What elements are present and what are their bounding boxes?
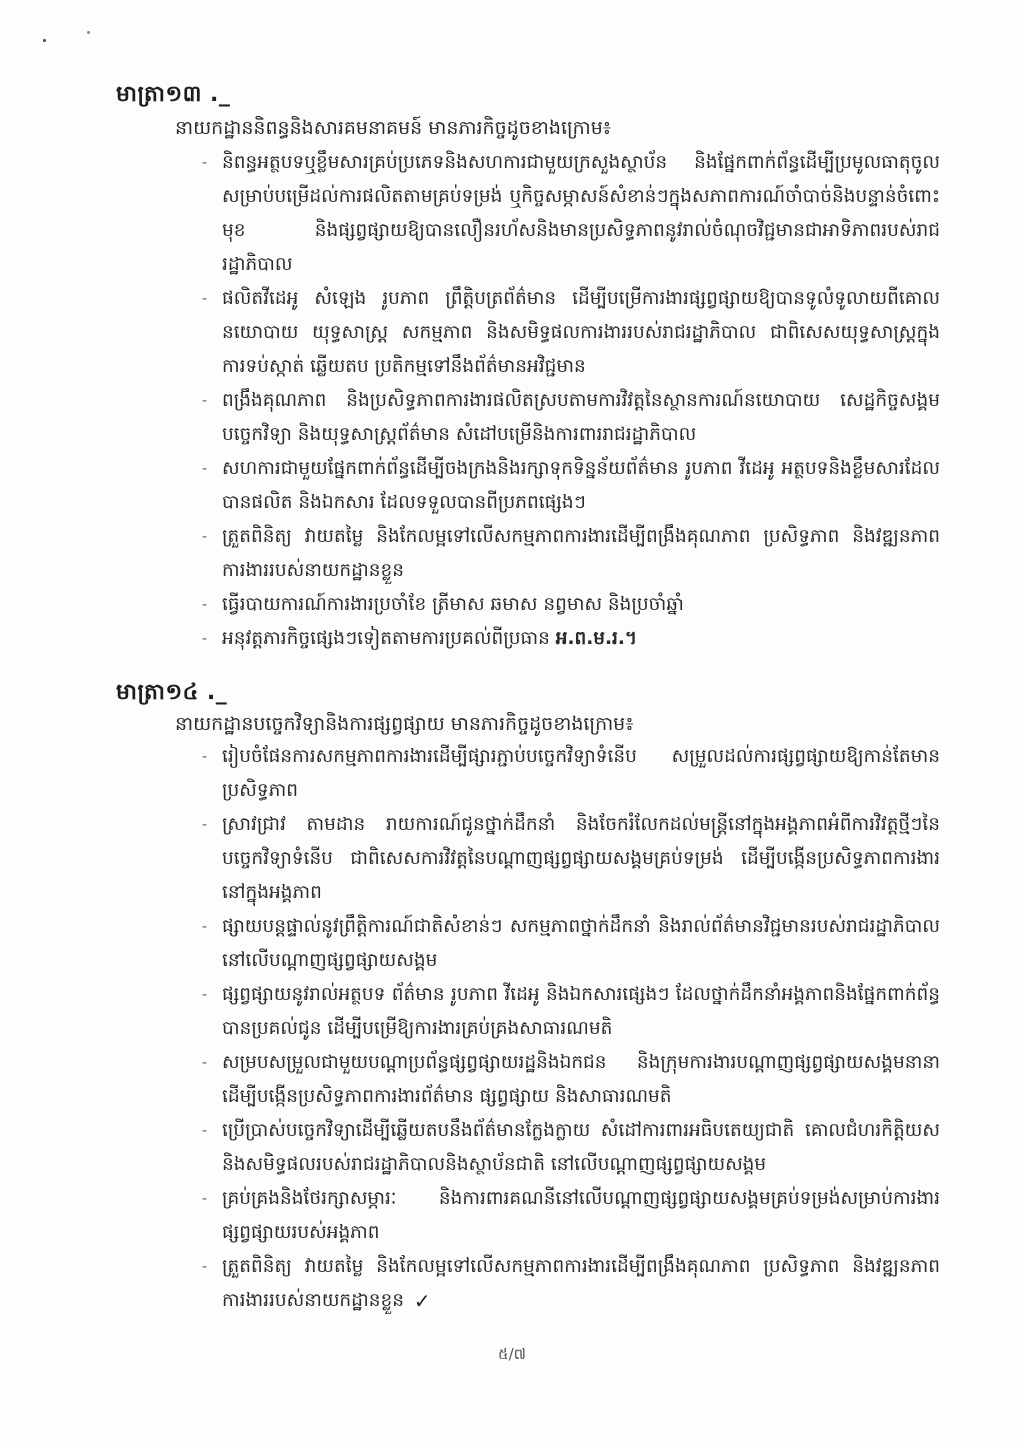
list-item: - ធ្វើរបាយការណ៍ការងារប្រចាំខែ ត្រីមាស ឆម… — [200, 588, 940, 622]
page-number: ៥/៧ — [0, 1345, 1024, 1367]
list-item-text: គ្រប់គ្រងនិងថែរក្សាសម្ភារៈ និងការពារគណនី… — [222, 1188, 940, 1243]
bullet-dash: - — [202, 910, 207, 944]
list-item-text: រៀបចំផែនការសកម្មភាពការងារដើម្បីផ្សារភ្ជា… — [222, 746, 940, 801]
duty-list: - រៀបចំផែនការសកម្មភាពការងារដើម្បីផ្សារភ្… — [200, 740, 940, 1318]
list-item-text: ផ្សាយបន្តផ្ទាល់នូវព្រឹត្តិការណ៍ជាតិសំខាន… — [222, 916, 940, 971]
bullet-dash: - — [202, 622, 207, 656]
list-item: - ប្រើប្រាស់បច្ចេកវិទ្យាដើម្បីឆ្លើយតបនឹង… — [200, 1114, 940, 1182]
list-item-text: និពន្ធអត្ថបទឬខ្លឹមសារគ្រប់ប្រភេទនិងសហការ… — [222, 152, 940, 275]
bullet-dash: - — [202, 808, 207, 842]
bullet-dash: - — [202, 146, 207, 180]
list-item-text: ត្រួតពិនិត្យ វាយតម្លៃ និងកែលម្អទៅលើសកម្ម… — [222, 526, 940, 581]
document-page: មាត្រា១៣ ._ នាយកដ្ឋាននិពន្ធនិងសារគមនាគមន… — [0, 0, 1024, 1446]
list-item-text: សហការជាមួយផ្នែកពាក់ព័ន្ធដើម្បីចងក្រងនិងរ… — [222, 458, 940, 513]
list-item-text: ប្រើប្រាស់បច្ចេកវិទ្យាដើម្បីឆ្លើយតបនឹងព័… — [222, 1120, 940, 1175]
list-item: - ត្រួតពិនិត្យ វាយតម្លៃ និងកែលម្អទៅលើសកម… — [200, 1250, 940, 1318]
article-heading: មាត្រា១៤ ._ — [116, 678, 227, 710]
bullet-dash: - — [202, 282, 207, 316]
list-item-text: ធ្វើរបាយការណ៍ការងារប្រចាំខែ ត្រីមាស ឆមាស… — [222, 594, 684, 615]
list-item: - គ្រប់គ្រងនិងថែរក្សាសម្ភារៈ និងការពារគណ… — [200, 1182, 940, 1250]
list-item-text: ពង្រឹងគុណភាព និងប្រសិទ្ធភាពការងារផលិតស្រ… — [222, 390, 940, 445]
list-item: - រៀបចំផែនការសកម្មភាពការងារដើម្បីផ្សារភ្… — [200, 740, 940, 808]
abbreviation: អ.ព.ម.រ.។ — [556, 628, 637, 649]
article-heading: មាត្រា១៣ ._ — [116, 80, 230, 112]
list-item-text: ត្រួតពិនិត្យ វាយតម្លៃ និងកែលម្អទៅលើសកម្ម… — [222, 1256, 940, 1311]
list-item: - និពន្ធអត្ថបទឬខ្លឹមសារគ្រប់ប្រភេទនិងសហក… — [200, 146, 940, 282]
scan-speck — [87, 31, 90, 34]
bullet-dash: - — [202, 740, 207, 774]
handwritten-check-icon: ✓ — [414, 1284, 431, 1318]
bullet-dash: - — [202, 1114, 207, 1148]
bullet-dash: - — [202, 1182, 207, 1216]
bullet-dash: - — [202, 520, 207, 554]
list-item: - ពង្រឹងគុណភាព និងប្រសិទ្ធភាពការងារផលិតស… — [200, 384, 940, 452]
article-intro: នាយកដ្ឋាននិពន្ធនិងសារគមនាគមន៍ មានភារកិច្… — [175, 116, 611, 144]
list-item: - សម្របសម្រួលជាមួយបណ្ដាប្រព័ន្ធផ្សព្វផ្ស… — [200, 1046, 940, 1114]
article-intro: នាយកដ្ឋានបច្ចេកវិទ្យានិងការផ្សព្វផ្សាយ ម… — [175, 712, 634, 740]
list-item-text: សម្របសម្រួលជាមួយបណ្ដាប្រព័ន្ធផ្សព្វផ្សាយ… — [222, 1052, 940, 1107]
list-item: - សហការជាមួយផ្នែកពាក់ព័ន្ធដើម្បីចងក្រងនិ… — [200, 452, 940, 520]
list-item: - ផ្សព្វផ្សាយនូវរាល់អត្ថបទ ព័ត៌មាន រូបភា… — [200, 978, 940, 1046]
scan-speck — [43, 39, 46, 42]
bullet-dash: - — [202, 588, 207, 622]
list-item-text: ស្រាវជ្រាវ តាមដាន រាយការណ៍ជូនថ្នាក់ដឹកនា… — [222, 814, 940, 903]
bullet-dash: - — [202, 1250, 207, 1284]
bullet-dash: - — [202, 384, 207, 418]
list-item-text: អនុវត្តភារកិច្ចផ្សេងៗទៀតតាមការប្រគល់ពីប្… — [222, 628, 550, 649]
list-item: - អនុវត្តភារកិច្ចផ្សេងៗទៀតតាមការប្រគល់ពី… — [200, 622, 940, 656]
list-item-text: ផ្សព្វផ្សាយនូវរាល់អត្ថបទ ព័ត៌មាន រូបភាព … — [222, 984, 940, 1039]
list-item-text: ផលិតវីដេអូ សំឡេង រូបភាព ព្រឹត្តិបត្រព័ត៌… — [222, 288, 940, 377]
duty-list: - និពន្ធអត្ថបទឬខ្លឹមសារគ្រប់ប្រភេទនិងសហក… — [200, 146, 940, 656]
bullet-dash: - — [202, 452, 207, 486]
list-item: - ផលិតវីដេអូ សំឡេង រូបភាព ព្រឹត្តិបត្រព័… — [200, 282, 940, 384]
list-item: - ស្រាវជ្រាវ តាមដាន រាយការណ៍ជូនថ្នាក់ដឹក… — [200, 808, 940, 910]
list-item: - ត្រួតពិនិត្យ វាយតម្លៃ និងកែលម្អទៅលើសកម… — [200, 520, 940, 588]
bullet-dash: - — [202, 978, 207, 1012]
list-item: - ផ្សាយបន្តផ្ទាល់នូវព្រឹត្តិការណ៍ជាតិសំខ… — [200, 910, 940, 978]
bullet-dash: - — [202, 1046, 207, 1080]
